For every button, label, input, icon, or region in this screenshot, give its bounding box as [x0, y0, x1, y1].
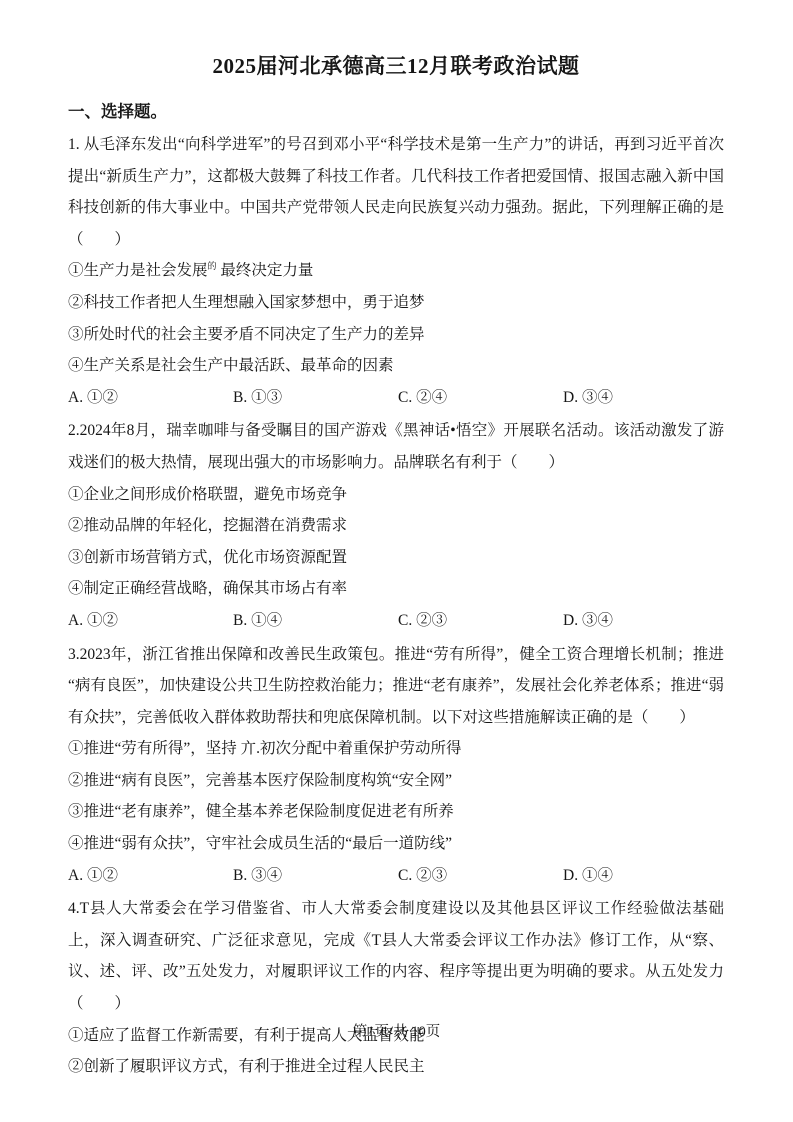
choice-c: C. ②③	[398, 860, 563, 892]
question-1-option-2: ②科技工作者把人生理想融入国家梦想中，勇于追梦	[68, 287, 724, 319]
question-3-option-1: ①推进“劳有所得”，坚持 亣.初次分配中着重保护劳动所得	[68, 733, 724, 765]
question-1-choices-row: A. ①② B. ①③ C. ②④ D. ③④	[68, 382, 724, 414]
question-3-stem: 3.2023年，浙江省推出保障和改善民生政策包。推进“劳有所得”，健全工资合理增…	[68, 639, 724, 734]
choice-d: D. ①④	[563, 860, 728, 892]
document-body: 2025届河北承德高三12月联考政治试题 一、选择题。 1. 从毛泽东发出“向科…	[0, 50, 793, 1083]
question-3-choices-row: A. ①② B. ③④ C. ②③ D. ①④	[68, 860, 724, 892]
choice-a: A. ①②	[68, 382, 233, 414]
choice-d: D. ③④	[563, 605, 728, 637]
choice-b: B. ③④	[233, 860, 398, 892]
choice-c: C. ②④	[398, 382, 563, 414]
option-text-pre: ①生产力是社会发展	[68, 262, 208, 279]
option-text-post: 最终决定力量	[217, 262, 314, 279]
question-3: 3.2023年，浙江省推出保障和改善民生政策包。推进“劳有所得”，健全工资合理增…	[68, 639, 724, 892]
choice-a: A. ①②	[68, 605, 233, 637]
question-2-choices-row: A. ①② B. ①④ C. ②③ D. ③④	[68, 605, 724, 637]
question-2-stem: 2.2024年8月，瑞幸咖啡与备受瞩目的国产游戏《黑神话•悟空》开展联名活动。该…	[68, 415, 724, 478]
question-2: 2.2024年8月，瑞幸咖啡与备受瞩目的国产游戏《黑神话•悟空》开展联名活动。该…	[68, 415, 724, 636]
superscript-de: 的	[208, 261, 217, 271]
choice-d: D. ③④	[563, 382, 728, 414]
question-3-option-2: ②推进“病有良医”，完善基本医疗保险制度构筑“安全网”	[68, 765, 724, 797]
exam-document-page: { "page": { "title": "2025届河北承德高三12月联考政治…	[0, 0, 793, 1122]
question-4-option-2: ②创新了履职评议方式，有利于推进全过程人民民主	[68, 1051, 724, 1083]
page-footer: 第1页/共 10页	[0, 1022, 793, 1042]
choice-b: B. ①④	[233, 605, 398, 637]
section-heading: 一、选择题。	[68, 97, 724, 127]
question-2-option-4: ④制定正确经营战略，确保其市场占有率	[68, 573, 724, 605]
page-title: 2025届河北承德高三12月联考政治试题	[68, 50, 724, 80]
question-4: 4.T县人大常委会在学习借鉴省、市人大常委会制度建设以及其他县区评议工作经验做法…	[68, 893, 724, 1083]
question-1-stem: 1. 从毛泽东发出“向科学进军”的号召到邓小平“科学技术是第一生产力”的讲话，再…	[68, 129, 724, 255]
question-1-option-3: ③所处时代的社会主要矛盾不同决定了生产力的差异	[68, 319, 724, 351]
choice-a: A. ①②	[68, 860, 233, 892]
choice-b: B. ①③	[233, 382, 398, 414]
question-1: 1. 从毛泽东发出“向科学进军”的号召到邓小平“科学技术是第一生产力”的讲话，再…	[68, 129, 724, 413]
question-3-option-4: ④推进“弱有众扶”，守牢社会成员生活的“最后一道防线”	[68, 828, 724, 860]
question-2-option-3: ③创新市场营销方式，优化市场资源配置	[68, 542, 724, 574]
question-2-option-2: ②推动品牌的年轻化，挖掘潜在消费需求	[68, 510, 724, 542]
question-1-option-1: ①生产力是社会发展的 最终决定力量	[68, 255, 724, 287]
question-4-stem: 4.T县人大常委会在学习借鉴省、市人大常委会制度建设以及其他县区评议工作经验做法…	[68, 893, 724, 1019]
question-3-option-3: ③推进“老有康养”，健全基本养老保险制度促进老有所养	[68, 796, 724, 828]
question-1-option-4: ④生产关系是社会生产中最活跃、最革命的因素	[68, 350, 724, 382]
choice-c: C. ②③	[398, 605, 563, 637]
question-2-option-1: ①企业之间形成价格联盟，避免市场竞争	[68, 479, 724, 511]
